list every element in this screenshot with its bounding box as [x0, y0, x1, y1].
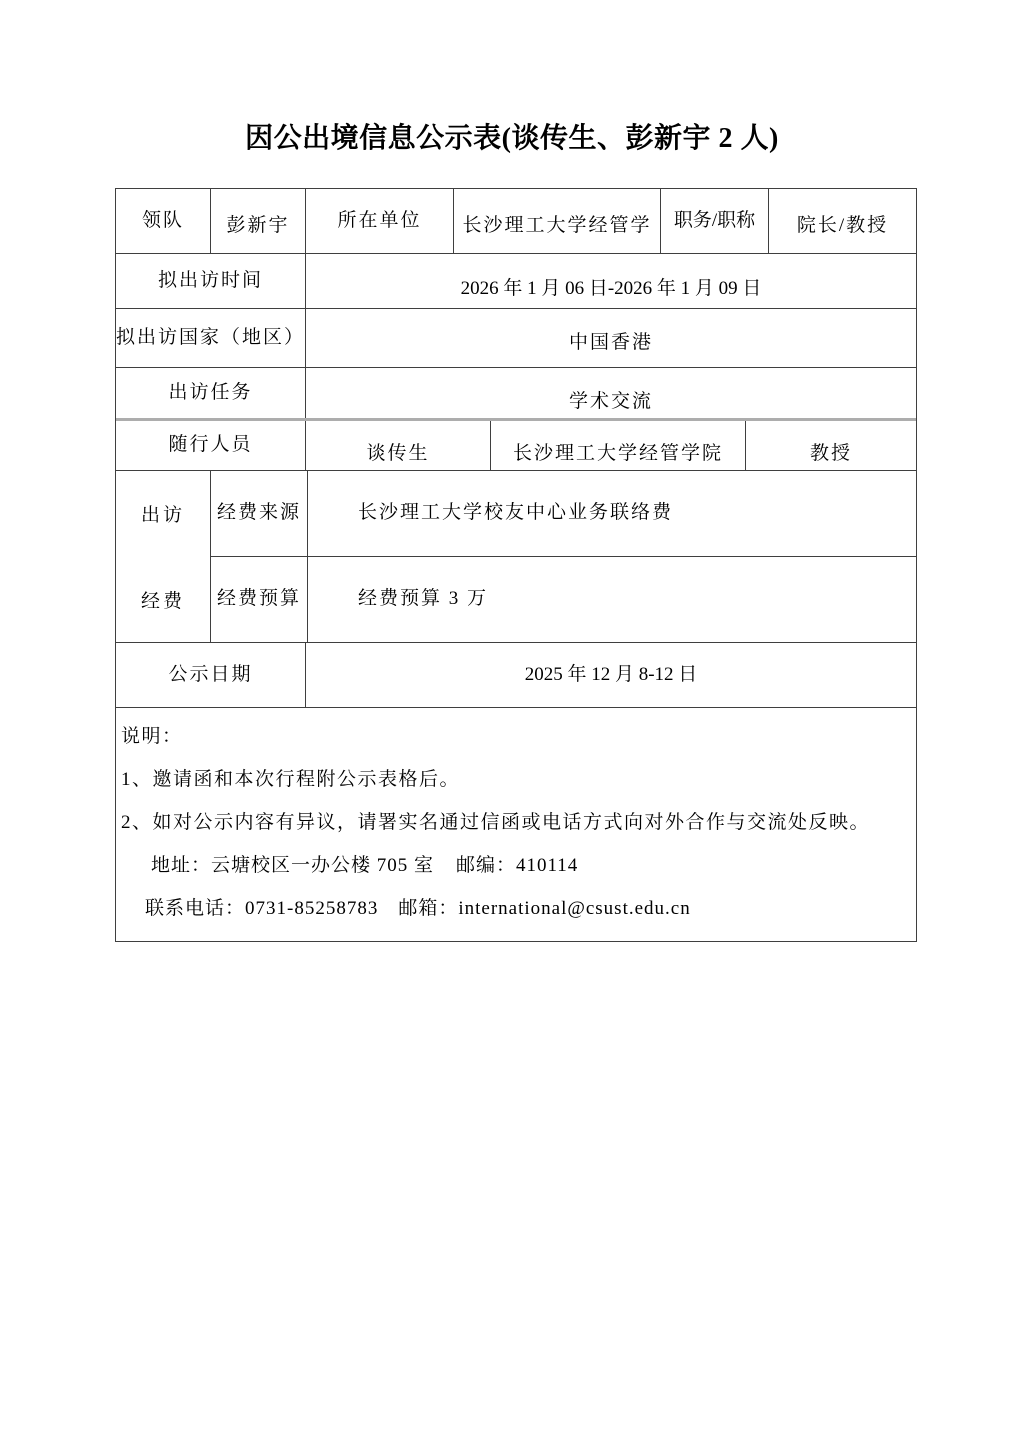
budget-amount-label: 经费预算 [211, 557, 308, 643]
document-title: 因公出境信息公示表(谈传生、彭新宇 2 人) [0, 116, 1024, 156]
companion-title: 教授 [746, 421, 916, 470]
time-label: 拟出访时间 [116, 254, 306, 308]
leader-label: 领队 [116, 189, 211, 253]
notes-item-2: 2、如对公示内容有异议，请署实名通过信函或电话方式向对外合作与交流处反映。 [121, 810, 906, 836]
leader-position-value: 院长/教授 [769, 189, 916, 253]
budget-group-label-line1: 出访 [141, 500, 185, 527]
task-value: 学术交流 [306, 368, 916, 418]
notes-address-line: 地址：云塘校区一办公楼 705 室邮编：410114 [151, 853, 906, 879]
notes-email: 邮箱：international@csust.edu.cn [398, 898, 690, 919]
budget-source-value: 长沙理工大学校友中心业务联络费 [308, 471, 916, 556]
publicity-value: 2025 年 12 月 8-12 日 [306, 643, 916, 707]
table-row-companion: 随行人员 谈传生 长沙理工大学经管学院 教授 [116, 421, 916, 471]
table-row-budget-group: 出访 经费 经费来源 长沙理工大学校友中心业务联络费 经费预算 经费预算 3 万 [116, 471, 916, 643]
notes-item-1: 1、邀请函和本次行程附公示表格后。 [121, 767, 906, 793]
travel-info-table: 领队 彭新宇 所在单位 长沙理工大学经管学 职务/职称 院长/教授 拟出访时间 … [115, 188, 917, 942]
destination-label: 拟出访国家（地区） [116, 309, 306, 367]
budget-group-label-line2: 经费 [141, 586, 185, 613]
companion-label: 随行人员 [116, 421, 306, 470]
table-row-publicity: 公示日期 2025 年 12 月 8-12 日 [116, 643, 916, 708]
notes-phone: 联系电话：0731-85258783 [145, 898, 378, 919]
budget-amount-value: 经费预算 3 万 [308, 557, 916, 643]
notes-heading: 说明： [121, 724, 906, 750]
table-row-destination: 拟出访国家（地区） 中国香港 [116, 309, 916, 368]
notes-postcode: 邮编：410114 [456, 855, 578, 876]
companion-unit: 长沙理工大学经管学院 [491, 421, 746, 470]
budget-subrows: 经费来源 长沙理工大学校友中心业务联络费 经费预算 经费预算 3 万 [211, 471, 916, 642]
task-label: 出访任务 [116, 368, 306, 418]
publicity-label: 公示日期 [116, 643, 306, 707]
leader-unit-value: 长沙理工大学经管学 [454, 189, 661, 253]
notes-section: 说明： 1、邀请函和本次行程附公示表格后。 2、如对公示内容有异议，请署实名通过… [116, 708, 916, 941]
budget-source-row: 经费来源 长沙理工大学校友中心业务联络费 [211, 471, 916, 557]
table-row-leader: 领队 彭新宇 所在单位 长沙理工大学经管学 职务/职称 院长/教授 [116, 189, 916, 254]
table-row-time: 拟出访时间 2026 年 1 月 06 日-2026 年 1 月 09 日 [116, 254, 916, 309]
table-row-task: 出访任务 学术交流 [116, 368, 916, 421]
destination-value: 中国香港 [306, 309, 916, 367]
time-value: 2026 年 1 月 06 日-2026 年 1 月 09 日 [306, 254, 916, 308]
leader-position-label: 职务/职称 [661, 189, 769, 253]
notes-contact-line: 联系电话：0731-85258783邮箱：international@csust… [145, 896, 906, 922]
budget-amount-row: 经费预算 经费预算 3 万 [211, 557, 916, 643]
document-page: 因公出境信息公示表(谈传生、彭新宇 2 人) 领队 彭新宇 所在单位 长沙理工大… [0, 0, 1024, 1448]
leader-unit-label: 所在单位 [306, 189, 454, 253]
budget-source-label: 经费来源 [211, 471, 308, 556]
budget-group-label: 出访 经费 [116, 471, 211, 642]
notes-address: 地址：云塘校区一办公楼 705 室 [151, 855, 434, 876]
leader-name: 彭新宇 [211, 189, 306, 253]
companion-name: 谈传生 [306, 421, 491, 470]
